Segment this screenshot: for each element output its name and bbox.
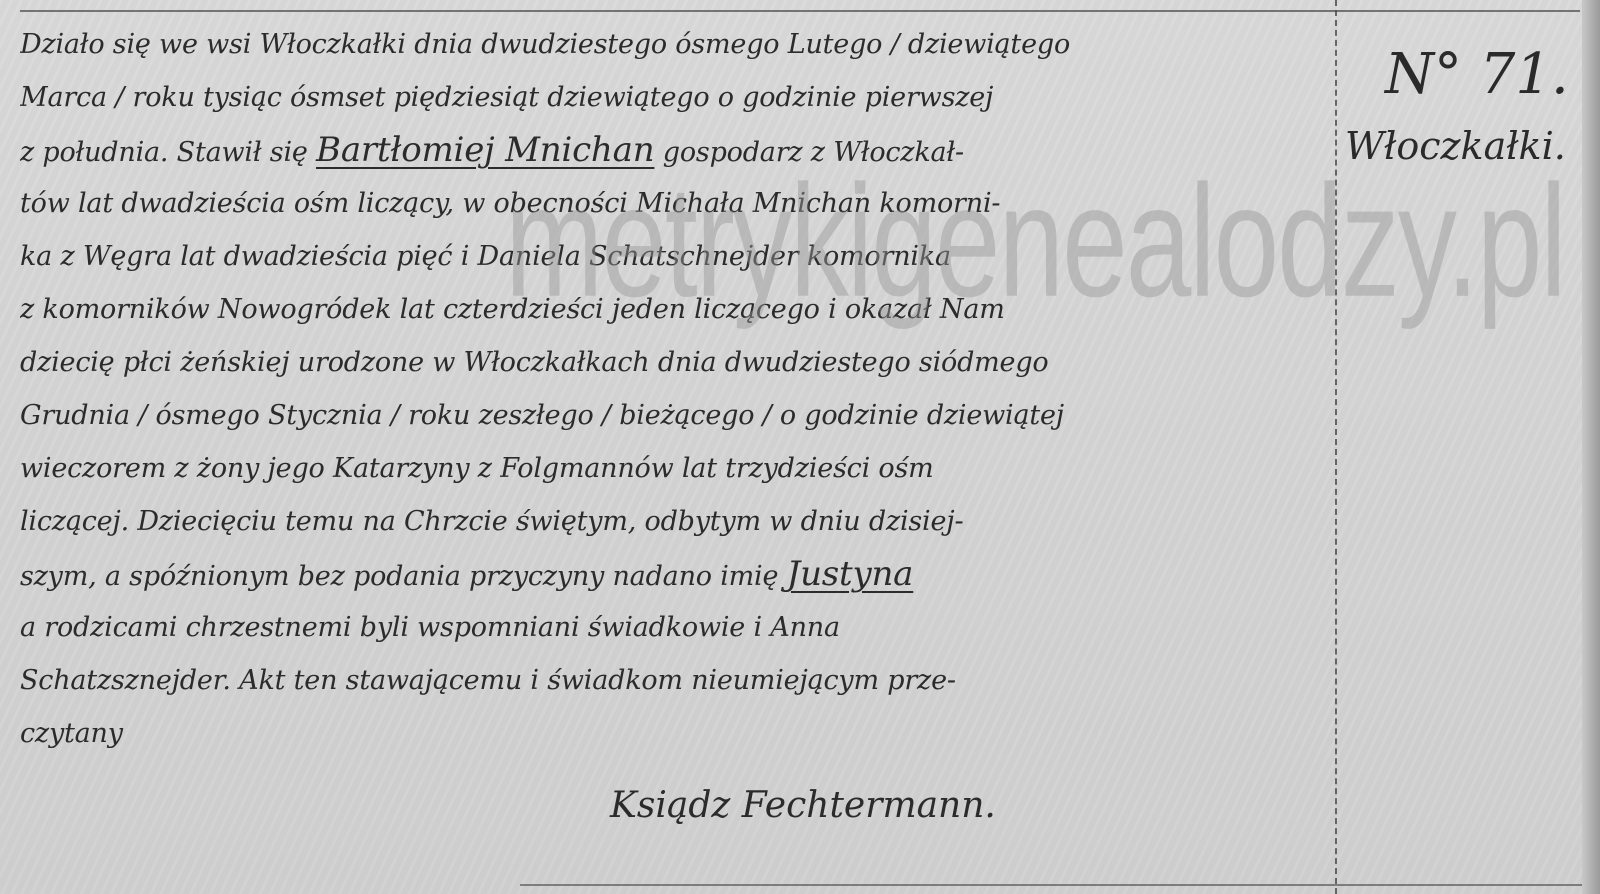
line3-prefix: z południa. Stawił się (20, 137, 308, 168)
body-line-7: dziecię płci żeńskiej urodzone w Włoczka… (20, 336, 1325, 389)
body-line-14: czytany (20, 707, 1325, 760)
scanned-register-page: Działo się we wsi Włoczkałki dnia dwudzi… (0, 0, 1600, 894)
act-number: N° 71. (1385, 40, 1575, 110)
body-line-1: Działo się we wsi Włoczkałki dnia dwudzi… (20, 18, 1325, 71)
top-ruled-line (20, 10, 1580, 12)
body-line-11: szym, a spóźnionym bez podania przyczyny… (20, 548, 1325, 601)
priest-signature: Ksiądz Fechtermann. (610, 785, 996, 826)
line11-prefix: szym, a spóźnionym bez podania przyczyny… (20, 561, 778, 592)
father-name: Bartłomiej Mnichan (316, 130, 654, 170)
bottom-ruled-line (520, 884, 1600, 886)
margin-column: N° 71. Włoczkałki. (1345, 40, 1575, 176)
body-line-4: tów lat dwadzieścia ośm liczący, w obecn… (20, 177, 1325, 230)
body-line-9: wieczorem z żony jego Katarzyny z Folgma… (20, 442, 1325, 495)
body-line-6: z komorników Nowogródek lat czterdzieści… (20, 283, 1325, 336)
line3-suffix: gospodarz z Włoczkał- (663, 137, 964, 168)
body-line-2: Marca / roku tysiąc ósmset piędziesiąt d… (20, 71, 1325, 124)
page-edge-shadow (1582, 0, 1600, 894)
margin-column-divider (1335, 0, 1337, 894)
body-line-10: liczącej. Dziecięciu temu na Chrzcie świ… (20, 495, 1325, 548)
body-line-5: ka z Węgra lat dwadzieścia pięć i Daniel… (20, 230, 1325, 283)
body-line-12: a rodzicami chrzestnemi byli wspomniani … (20, 601, 1325, 654)
body-line-13: Schatzsznejder. Akt ten stawającemu i św… (20, 654, 1325, 707)
body-line-3: z południa. Stawił się Bartłomiej Mnicha… (20, 124, 1325, 177)
village-name: Włoczkałki. (1345, 116, 1575, 176)
act-body-text: Działo się we wsi Włoczkałki dnia dwudzi… (20, 18, 1325, 760)
body-line-8: Grudnia / ósmego Stycznia / roku zeszłeg… (20, 389, 1325, 442)
child-name: Justyna (787, 554, 914, 594)
